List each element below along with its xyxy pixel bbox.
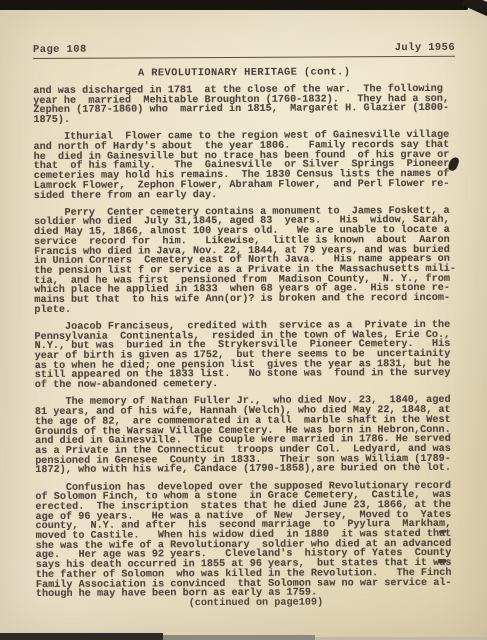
paragraph: and was discharged in 1781 at the close …: [33, 85, 455, 126]
scan-edge-bottom-bar-gray: [163, 635, 315, 640]
paragraph: Confusion has developed over the suppose…: [35, 481, 458, 600]
page-content: Page 108 July 1956 A REVOLUTIONARY HERIT…: [33, 42, 458, 610]
paragraph: Perry Center cemetery contains a monumen…: [34, 207, 457, 316]
paragraph: Ithurial Flower came to the region west …: [33, 131, 455, 201]
paragraph: Joacob Franciseus, credited with service…: [34, 321, 456, 391]
issue-date-label: July 1956: [395, 42, 455, 54]
page-header: Page 108 July 1956: [33, 42, 455, 59]
scanned-document-page: Page 108 July 1956 A REVOLUTIONARY HERIT…: [0, 0, 487, 640]
scan-edge-top-bar: [0, 0, 468, 10]
page-number-label: Page 108: [33, 44, 87, 56]
article-title: A REVOLUTIONARY HERITAGE (cont.): [33, 66, 455, 80]
article-body: and was discharged in 1781 at the close …: [33, 85, 458, 610]
scan-edge-bottom-bar-dark: [0, 633, 163, 640]
paragraph: The memory of Nathan Fuller Jr., who die…: [35, 396, 457, 476]
